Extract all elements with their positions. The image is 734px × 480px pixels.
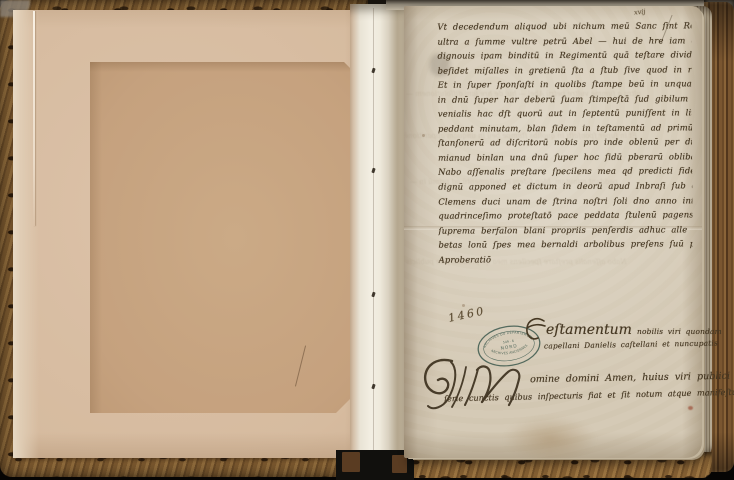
flyleaf-crease [33, 11, 35, 226]
manuscript-line: Clemens duci unam de ſtrina noſtri ſoli … [438, 193, 692, 209]
manuscript-line: venialis hac dſt quorū aut in ſeptentū p… [438, 106, 692, 122]
manuscript-line: mianud binlan una dnū ſuper hoc ſidū pbe… [438, 149, 692, 165]
manuscript-body: Vt decedendum aliquod ubi nichum meū San… [437, 18, 692, 267]
manuscript-line: beſidet miſalles in gretienū ſta a ſtub … [438, 62, 692, 78]
manuscript-scan: ultra a ſumme vultre petrū Abel — hui de… [0, 0, 734, 480]
fox-spot [462, 304, 465, 307]
page-spot [688, 406, 693, 410]
heading-word: eſtamentum [546, 322, 632, 338]
manuscript-line: Et in ſuper ſponſaſti in quolibs ſtampe … [438, 77, 692, 93]
manuscript-line: dignouis ipam binditū in Regimentū quā t… [438, 47, 692, 63]
manuscript-line: peddant minutam, blan ſidem in teſtament… [438, 120, 692, 136]
manuscript-line: dignū apponed et dictum in deorū apud In… [438, 178, 692, 194]
right-page: ultra a ſumme vultre petrū Abel — hui de… [404, 6, 702, 458]
manuscript-line: in dnū ſuper har deberū ſuam ſtimpeſtā ſ… [438, 91, 692, 107]
manuscript-line: betas lonū ſpes mea bernaldi arbolibus p… [438, 237, 692, 253]
folio-number: xvij [634, 7, 646, 16]
marginal-year-note: 1460 [447, 304, 487, 325]
manuscript-line: ſtanſonerū ad diſcritorū nobis pro inde … [438, 135, 692, 151]
page-stain [504, 416, 596, 462]
stamp-number: 549 · 6 [502, 339, 514, 345]
manuscript-line: ultra a ſumme vultre petrū Abel — hui de… [437, 33, 691, 49]
manuscript-line: quadrinceſimo proteſtatō pace peddata ſt… [438, 207, 692, 223]
manuscript-line: Vt decedendum aliquod ubi nichum meū San… [437, 18, 691, 34]
gutter [350, 4, 412, 470]
heading-initial-flourish [524, 316, 546, 342]
monogram-flourish [418, 354, 526, 416]
spine-leather-patch [342, 452, 360, 472]
manuscript-line: Aproberatiō [439, 251, 693, 267]
manuscript-line: Nabo aſſenalis preſtare ſpecilens mea qd… [438, 164, 692, 180]
sewing-seam [373, 8, 374, 466]
heading-line2: capellani Danielis caſtellani et nuncupa… [544, 338, 718, 350]
heading-after: nobilis viri quondam [637, 327, 722, 336]
pasted-sheet [90, 62, 353, 413]
manuscript-line: ſuprema berfalon blani propriis penſerdi… [438, 222, 692, 238]
